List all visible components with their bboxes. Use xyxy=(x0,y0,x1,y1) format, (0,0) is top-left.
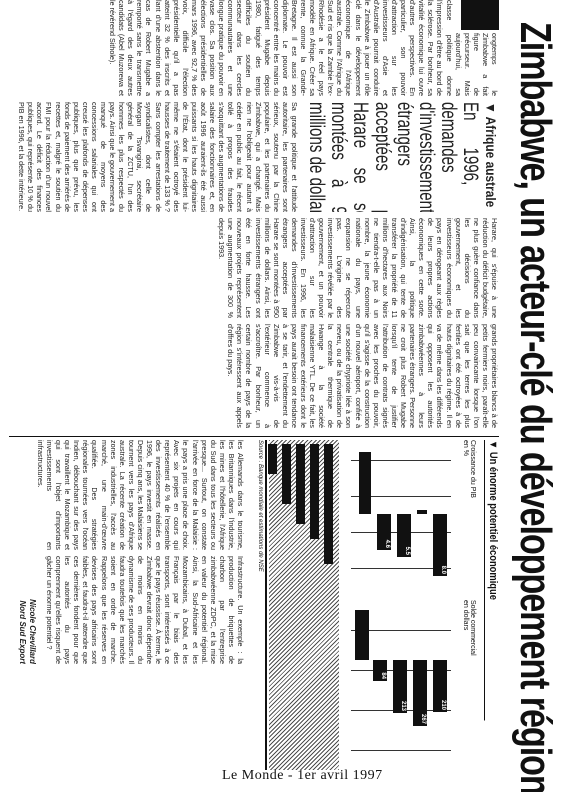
trade-chart: Solde commercial en dollars 210 267 213 … xyxy=(349,600,479,770)
article-column-4: grands propriétaires blancs à de petits … xyxy=(9,324,499,428)
article-text: Sa grande politique et l'attitude autori… xyxy=(17,102,299,212)
gdp-bar-1993: 4.6 xyxy=(377,514,391,550)
sidebar-kicker: ▼ Un énorme potentiel économique xyxy=(484,440,499,721)
gdp-bar-1992 xyxy=(359,452,371,514)
headline: Zimbabwe, un acteur-clé du développement… xyxy=(511,22,559,615)
dropcap xyxy=(461,0,499,30)
chart-source: Source : Banque mondiale et estimations … xyxy=(257,440,267,770)
kicker: ▼ Afrique australe xyxy=(483,102,499,196)
article-column-6: Infrastructure. Un exemple : la producti… xyxy=(9,556,245,664)
gdp-chart: Croissance du PIB en % 8.0 5.5 4.6 xyxy=(349,440,479,590)
kicker-text: Afrique australe xyxy=(483,117,499,208)
column-divider xyxy=(9,436,499,437)
article-text: Infrastructure. Un exemple : la producti… xyxy=(45,556,245,664)
article-column-1: ongtemps le Zimbabwe a fait figure de pr… xyxy=(9,0,499,96)
investment-bar xyxy=(324,444,333,564)
sidebar-kicker-text: Un énorme potentiel économique xyxy=(487,452,499,600)
investment-bar xyxy=(310,444,319,539)
trade-chart-unit: en dollars xyxy=(462,600,469,770)
investment-bar xyxy=(268,444,277,474)
trade-bar-1992 xyxy=(355,610,369,660)
author-org: Nord Sud Export xyxy=(17,556,27,664)
trade-bar-1994: 213 xyxy=(393,660,407,713)
article-column-2: ▼ Afrique australe En 1996, les demandes… xyxy=(9,102,499,212)
article-column-5: les Allemands dans le tourisme, les Brit… xyxy=(9,440,245,550)
article-text: Harare, qui s'épuise à une réduction du … xyxy=(217,218,499,318)
author-name: Nicole Chevillard xyxy=(27,556,37,664)
article-text: les Allemands dans le tourisme, les Brit… xyxy=(36,440,245,550)
article-text: grands propriétaires blancs à de petits … xyxy=(226,324,499,428)
trade-bar-1995: 267 xyxy=(413,660,427,726)
article-column-3: Harare, qui s'épuise à une réduction du … xyxy=(9,218,499,318)
sidebar-charts: ▼ Un énorme potentiel économique Croissa… xyxy=(249,440,499,770)
gdp-bar-1994: 5.5 xyxy=(397,514,411,557)
article-text: ongtemps le Zimbabwe a fait figure de pr… xyxy=(108,0,499,96)
gdp-chart-unit: en % xyxy=(462,440,469,590)
gdp-chart-title: Croissance du PIB xyxy=(469,440,476,590)
investment-bar xyxy=(282,444,291,504)
trade-bar-1996: 210 xyxy=(433,660,447,712)
investment-bar xyxy=(296,444,305,524)
gdp-bar-1996: 8.0 xyxy=(433,514,447,576)
trade-bar-1993: 84 xyxy=(373,660,387,681)
trade-chart-title: Solde commercial xyxy=(469,600,476,770)
newspaper-page: Zimbabwe, un acteur-clé du développement… xyxy=(0,0,563,792)
publication-footer: Le Monde - 1er avril 1997 xyxy=(222,768,383,784)
gdp-bar-1995 xyxy=(417,510,427,514)
deck: En 1996, les demandes d'investissements … xyxy=(305,102,481,212)
